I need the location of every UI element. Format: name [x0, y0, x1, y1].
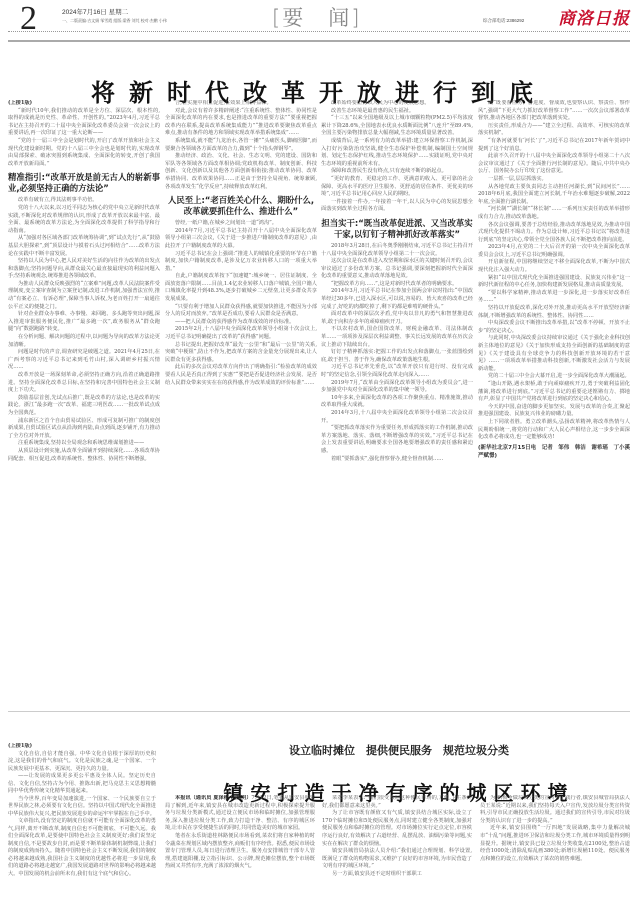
paragraph: 2014年3月,习近平总书记在参加全国两会审议时指出:“中国改革经过30多年,已… [321, 288, 473, 311]
paragraph: “河长制”“湖长制”“林长制”……一系列压实责任的改革举措形成有力合力,推动改革… [478, 206, 630, 221]
masthead-divider [8, 31, 630, 32]
paragraph: 与此同时,中央深改委会议持续审议通过《关于强化企业科技创新主体地位的意见》《关于… [478, 335, 630, 373]
paragraph: 曾经,一纸户籍,在城乡之间划出一道“鸿沟”。 [165, 220, 317, 228]
article-2-column-1: 本报讯（通讯员 夏泽梅 闫德明）7月12日,笔者从镇安县城管局了解到,近年来,镇… [165, 795, 315, 913]
paragraph: 针对企业群众办事难、办事慢、来回跑、多头跑等突出问题,深入推进审批服务便民化,推… [8, 311, 160, 334]
paragraph: 习近平总书记在会上强调:“推进人的城镇化重要的环节在户籍制度,加快户籍制度改革,… [165, 251, 317, 274]
paragraph: 确“既要督任务、督进度、督成效,也要察认识、察责任、察作风”,强调“下更大气力抓… [478, 100, 630, 123]
article-1-column-1: (上接1版) “新时代10年,我们推动的改革是全方位、深层次、根本性的,取得的成… [8, 100, 160, 700]
paragraph: 10年多来,全面深化改革的各项工作聚焦重点、精准施策,推动改革取得重大成就。 [321, 395, 473, 410]
paragraph: 2014年3月,十八届中央全面深化改革领导小组第二次会议召开。 [321, 410, 473, 425]
paragraph: 此前不久召开的十八届中央全面深化改革领导小组第二十八次会议审议通过了《关于全面推… [478, 153, 630, 176]
paragraph: 注重系统集成,坚持以全局观念和系统思维谋划推进—— [8, 440, 160, 448]
paragraph: 2018年3月28日,在后冬奥季刚刚结束,习近平总书记主持召开十八届中央全面深化… [321, 243, 473, 258]
paragraph: 压实责任,形成合力——“建立全过程、高效率、可核实的改革落实机制”。 [478, 123, 630, 138]
paragraph: 文章指出,没有坚定的制度自信就不可能有全面深化改革的勇气,同样,离开不断改革,制… [8, 818, 156, 878]
department-phone: 综合部电话:2386292 [483, 18, 524, 24]
paragraph: 合,在实施中相互促进,在效果上相得益彰。 [165, 100, 317, 108]
paragraph: 党的二十届三中全会大幕开启,进一步全面深化改革大潮涌起。 [478, 373, 630, 381]
paragraph: “要以科学家精神,推动改革进一步深化,进一步落实好改革任务……” [478, 290, 630, 305]
paragraph: 当今世界,百年变局加速演进,一个国家、一个民族要自立于世界民族之林,必须要有文化… [8, 796, 156, 819]
paragraph: 从“加强对各区域各部门改革统筹协调”,到“试点先行”,从“鼓励基层大胆探索”,到… [8, 235, 160, 258]
paragraph: 一层抓一层,层层抓落实。 [478, 176, 630, 184]
paragraph: 浦东新区之首个自由贸易试验区、形成可复制可推广的制度创新成果,自贸试验区试点从沿… [8, 418, 160, 441]
paragraph: 系统集成,就不能“九龙治水,各管一摊”“头痛医头,脚痛医脚”,而要聚合各领域各方… [165, 138, 317, 153]
paragraph: 从顶层设计到实施,从改革全面铺开到持续深化……各项改革协同配套、相互促进,改革的… [8, 448, 160, 463]
paragraph: 改革有破有立,得其法则事半功倍。 [8, 197, 160, 205]
paragraph: “有条河就要有‘河长’了”,习近平总书记在2017年新年贺词中提到了这个好消息。 [478, 138, 630, 153]
paragraph: 着眼“要抓落实”,强化督察督办,健全督查机制…… [321, 456, 473, 464]
paragraph: 上下同欲者胜。勇立改革潮头,弘扬改革精神,将改革热情与人民期盼相统一,将党的行动… [478, 419, 630, 442]
paragraph: 2015年2月,十八届中央全面深化改革领导小组第十次会议上,习近平总书记明确提出… [165, 326, 317, 341]
byline: (新华社北京7月15日电 记者 邹伟 韩洁 谢希瑶 丁小溪 严赋憬) [478, 444, 630, 460]
paragraph: 此后的多次会议对改革方向作出了明确指引:“检验改革的成效要看人民是否真正得到了实… [165, 364, 317, 387]
paragraph: 近年来,镇安县围绕“一厅四地”发展战略,集中力量解决城市“十乱”问题,推进环卫保… [480, 825, 630, 863]
article-separator [8, 711, 630, 712]
paragraph: 鼓励基层首创,先试点后推广,既是改革的方法论,也是改革的实践论。浙江“最多跑一次… [8, 395, 160, 418]
paragraph: 保障和改善民生没有终点,只有连续不断的新起点。 [321, 168, 473, 176]
paragraph: 今天的中国,奋进的脚步更加坚实。发展与改革的合奏,汇聚起推进强国建设、民族复兴伟… [478, 404, 630, 419]
paragraph: 紧扣“以中国式现代化全面推进强国建设、民族复兴伟业”这一新时代新征程的中心任务,… [478, 275, 630, 290]
subheading: 人民至上:“老百姓关心什么、期盼什么,改革就要抓住什么、推进什么” [165, 195, 317, 217]
paragraph: 2023年4月,在党的二十大后召开的第一次中央全面深化改革委员会会议上,习近平总… [478, 244, 630, 259]
paragraph: 2019年7月,“改革由全面深化改革领导小组改为委员会”,进一步加强党中央对全面… [321, 380, 473, 395]
top-rule [8, 40, 630, 42]
newspaper-logo: 商洛日报 [558, 4, 630, 29]
paragraph: 改革始终要坚持以人民为中心的发展思想。 [321, 100, 473, 108]
article-1-column-3: 改革始终要坚持以人民为中心的发展思想。 改善生态环境是最普惠的民生福祉。 “十三… [321, 100, 473, 700]
continued-note: (上接1版) [8, 100, 160, 108]
paragraph: 各次会议强调,要善于总结经验,推动改革落地见效,为推动中国式现代化提供不竭动力。… [478, 222, 630, 245]
subheading: 精准指引:“改革开放是前无古人的崭新事业,必须坚持正确的方法论” [8, 172, 160, 194]
continued-note: (上接1版) [8, 743, 156, 751]
paragraph: 推动经济、政治、文化、社会、生态文明、党的建设、国防和军队等各领域各方面改革相协… [165, 153, 317, 191]
paragraph: 自此,户籍制度改革按下“加速键”:城乡统一、居住证制度、全面放宽落户限制……目前… [165, 273, 317, 303]
paragraph: 不以农村改革,国企国资改革、财税金融改革、司法体制改革……一项项涉及深层次利益调… [321, 326, 473, 349]
paragraph: 中央深改委会议不断推出改革举措,以“改革不停顿、开放不止步”的坚定决心。 [478, 320, 630, 335]
paragraph: 为推动人民群众反映强烈的“立案难”问题,改革人民法院案件受理制度,变立案审查制为… [8, 281, 160, 311]
paragraph: 坚持以开放促改革,深化对外开放,推动更高水平开放型经济新体制,不断增强改革的系统… [478, 305, 630, 320]
paragraph: 为了让市容既有颜值又有气质,镇安县结合城区实际,设立了170个临时摊位和5处便民… [322, 810, 472, 848]
article-2-column-2: 菜农李某表示:“我们很受欢迎这种便民市场的,方便,卫生条件好,我们都愿意来这里卖… [322, 795, 472, 913]
article-continued-column: (上接1版) 文化自信,自信才能自强。中华文化自信根于深厚的历史积淀,这是我们的… [8, 743, 156, 913]
paragraph: 改革开放是一场深刻革命,必须坚持正确方向,沿着正确道路推进。坚持全面深化改革总目… [8, 372, 160, 395]
subheading: 担当实干:“既当改革促进派、又当改革实干家,以钉钉子精神抓好改革落实” [321, 218, 473, 240]
reporter-credit: 本报讯（通讯员 夏泽梅 闫德明） [175, 795, 251, 801]
paragraph: “要把抓改革落实作为重要任务,形成抓落实的工作机制,推动改革方案落地、落实、落细… [321, 425, 473, 455]
article-1-column-4: 确“既要督任务、督进度、督成效,也要察认识、察责任、察作风”,强调“下更大气力抓… [478, 100, 630, 700]
paragraph: 坚持以人民为中心,把人民对美好生活的向往作为改革的出发点和落脚点;坚持问题导向,… [8, 258, 160, 281]
paragraph: 笔者在永乐街道桂林路便民市场看到,菜农们将自家种植的时令蔬菜在规划区域内摆放整齐… [165, 833, 315, 871]
paragraph: “十三五”以来全国地级及以上城市细颗粒物(PM2.5)平均浓度累计下降28.6%… [321, 115, 473, 138]
paragraph: 为,积极争做垃圾分类的宣传者、践行者,镇安县城管局执法人员王某说:“近期以来,我… [480, 795, 630, 825]
paragraph: 开启新征程,中国将继续坚定不移全面深化改革,不断为中国式现代化注入强大动力。 [478, 259, 630, 274]
paragraph: 镇安县城管局执法人员介绍:“我们通过合理规划、科学设置,既满足了群众的购物需求,… [322, 848, 472, 871]
paragraph: ——让发展的成果更多更公平惠及全体人民。坚定历史自信、文化自信,坚持古为今用、推… [8, 773, 156, 796]
paragraph: 2014年7月,习近平总书记主持召开十八届中央全面深化改革领导小组第三次会议,《… [165, 228, 317, 251]
article-1-column-2: 合,在实施中相互促进,在效果上相得益彰。 对此,会议有着许多精辟阐述:“注重系统… [165, 100, 317, 700]
paragraph: 这次会议是在改革进入攻坚期和深水区的关键时刻召开的,会议审议通过了多份改革方案。… [321, 258, 473, 281]
masthead: 2 2024年7月16日 星期二 一、二版责编:吉文娟 邹雪霞 组版:梁香 刘芃… [0, 0, 638, 34]
article-2-column-4: 为,积极争做垃圾分类的宣传者、践行者,镇安县城管局执法人员王某说:“近期以来,我… [480, 795, 630, 913]
paragraph: 钉钉子精神抓落实:把握工作的出发点和落脚点,一张蓝图绘到底,敢于担当、善于作为,… [321, 349, 473, 364]
paragraph: 面对改革中的深层次矛盾,党中央以非凡的勇气和智慧推进改革,敢于向积存多年的顽瘴痼… [321, 311, 473, 326]
article-1-body: (上接1版) “新时代10年,我们推动的改革是全方位、深层次、根本性的,取得的成… [8, 100, 630, 700]
paragraph: 总书记提出,把握好改革“最先一公里”和“最后一公里”的关系,突破“中梗阻”,防止… [165, 342, 317, 365]
section-title: [要 闻] [272, 2, 361, 32]
editor-credits: 一、二版责编:吉文娟 邹雪霞 组版:梁香 刘芃 校对:杰鹏 小伟 [62, 18, 167, 24]
paragraph: 问题是时代的声音,调查研究是破题之道。2021年4月25日,在广西考察的习近平总… [8, 349, 160, 372]
paragraph: 对此,会议有着许多精辟阐述:“注重系统性、整体性、协同性是全面深化改革的内在要求… [165, 108, 317, 138]
paragraph: “党的十一届三中全会是划时代的,开启了改革开放和社会主义现代化建设新时期。党的十… [8, 138, 160, 168]
article-2-kicker: 设立临时摊位 提供便民服务 规范垃圾分类 [160, 742, 638, 758]
paragraph: “逢山开路,遇水架桥,敢于向顽瘴痼疾开刀,勇于突破利益固化藩篱,将改革进行到底。… [478, 381, 630, 404]
paragraph: 一件接着一件办,一年接着一年干,以人民为中心的发展思想全面落实到改革全过程各方面… [321, 199, 473, 214]
issue-date: 2024年7月16日 星期二 [62, 7, 128, 16]
paragraph: “更好的教育、更稳定的工作、更满意的收入、更可靠的社会保障、更高水平的医疗卫生服… [321, 176, 473, 199]
paragraph: 成绩背后,是一系列有力的改革举措:建立环保督察工作机制,深入打好污染防治攻坚战,… [321, 138, 473, 168]
paragraph: “新时代10年,我们推动的改革是全方位、深层次、根本性的,取得的成就是历史性、革… [8, 108, 160, 138]
paragraph: 另一方面,镇安县还不定时组织干部职工 [322, 871, 472, 879]
paragraph: 党的十八大以来,以习近平同志为核心的党中央立足新时代改革实践,不断深化对改革规律… [8, 205, 160, 235]
paragraph: “只要有利于增加人民群众获得感,就要加快推进,不能因为小部分人的反对而放弃。”改… [165, 304, 317, 319]
paragraph: 菜农李某表示:“我们很受欢迎这种便民市场的,方便,卫生条件好,我们都愿意来这里卖… [322, 795, 472, 810]
paragraph: 从各地党政主要负责同志主动担任河湖长,到“民间河长”……2018年6月底,我国全… [478, 184, 630, 207]
paragraph: 文化自信,自信才能自强。中华文化自信根于深厚的历史积淀,这是我们的骨气和底气。文… [8, 751, 156, 774]
paragraph: 习近平总书记率先垂范,以“改革开放只有进行时、没有完成时”的坚定信念,引领全面深… [321, 364, 473, 379]
paragraph: 在分析问题、解决问题的过程中,以问题为导向的改革方法论更加清晰。 [8, 334, 160, 349]
